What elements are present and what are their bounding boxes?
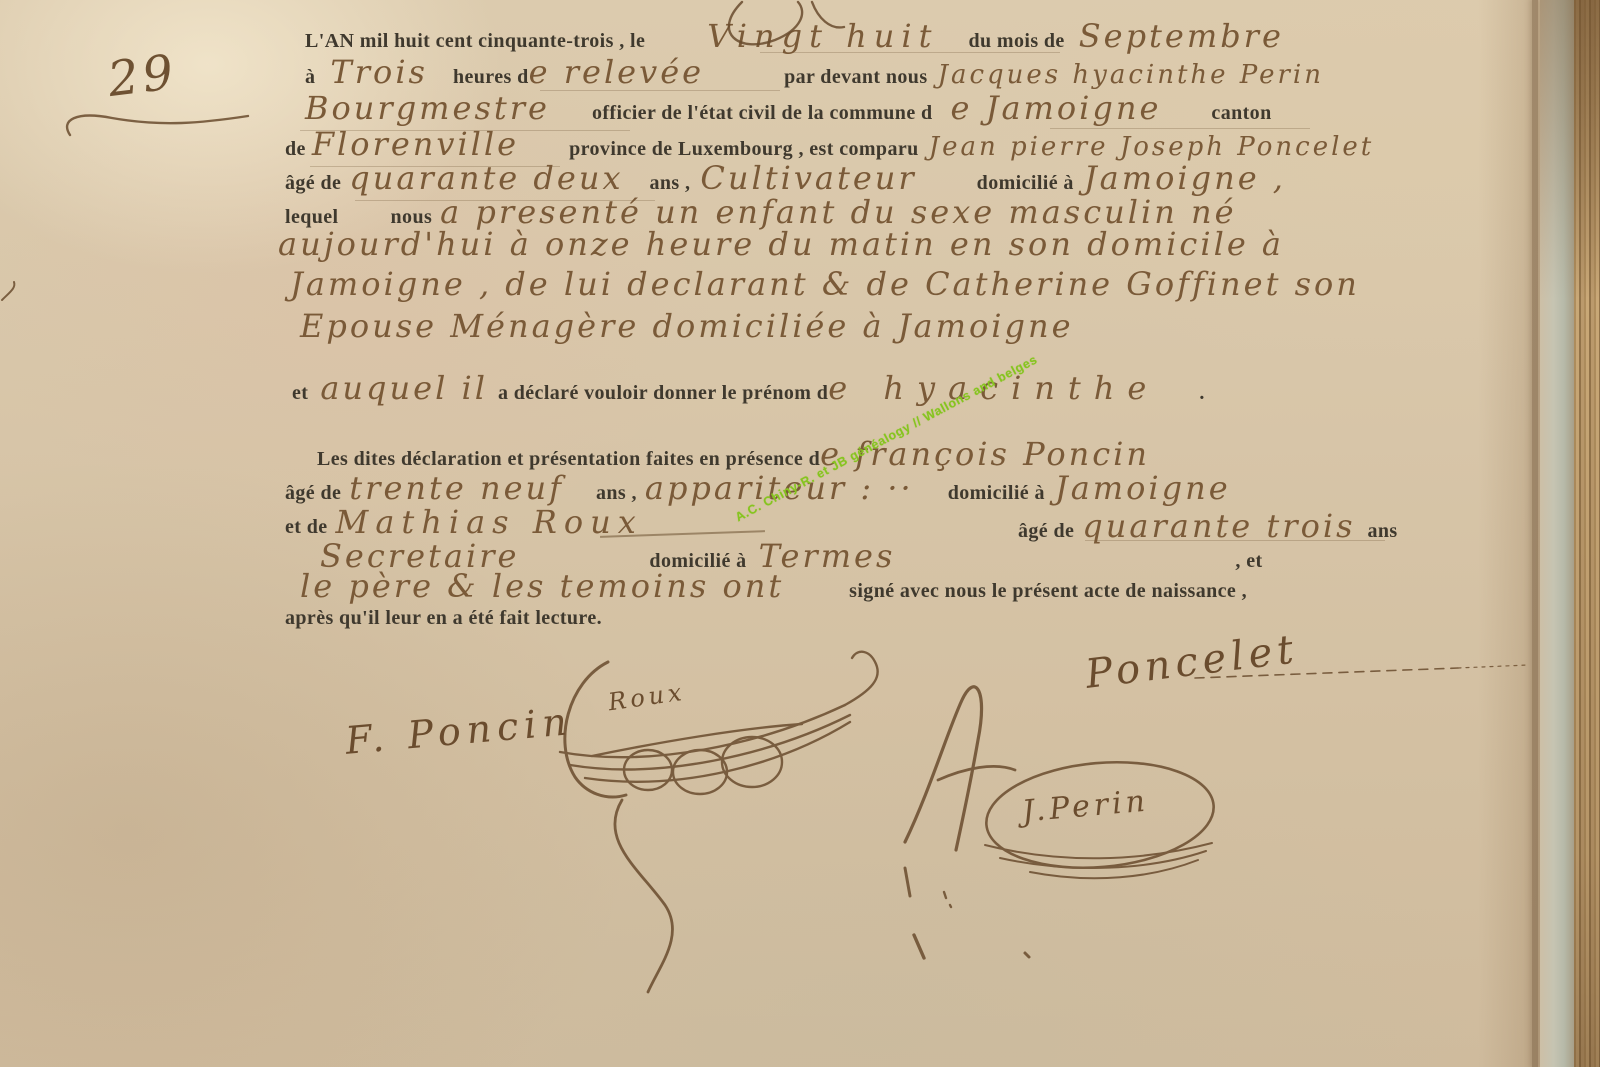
page-edge-line bbox=[1532, 0, 1538, 1067]
perin-underline bbox=[1030, 860, 1198, 878]
roux-paraph-curve bbox=[565, 662, 626, 797]
register-page: 29 L'AN mil huit cent cinquante-trois , … bbox=[0, 0, 1600, 1067]
top-partial-stroke bbox=[729, 2, 802, 44]
rule-dashed-line bbox=[1195, 668, 1458, 678]
ink-mark bbox=[1025, 953, 1029, 957]
roux-paraph-hook bbox=[845, 652, 878, 705]
fore-edge-top-shade bbox=[1540, 0, 1600, 300]
ink-mark bbox=[914, 935, 924, 958]
roux-paraph-swoosh bbox=[570, 715, 850, 769]
ink-mark bbox=[2, 282, 14, 300]
act-number-flourish bbox=[67, 116, 248, 135]
ink-flourishes bbox=[0, 0, 1600, 1067]
roux-paraph-tail bbox=[615, 800, 673, 992]
perin-monogram-bar bbox=[938, 766, 1015, 780]
top-partial-stroke bbox=[812, 2, 844, 27]
ink-mark bbox=[944, 892, 951, 907]
roux-paraph-swoosh bbox=[560, 705, 845, 757]
ink-mark bbox=[905, 868, 910, 896]
